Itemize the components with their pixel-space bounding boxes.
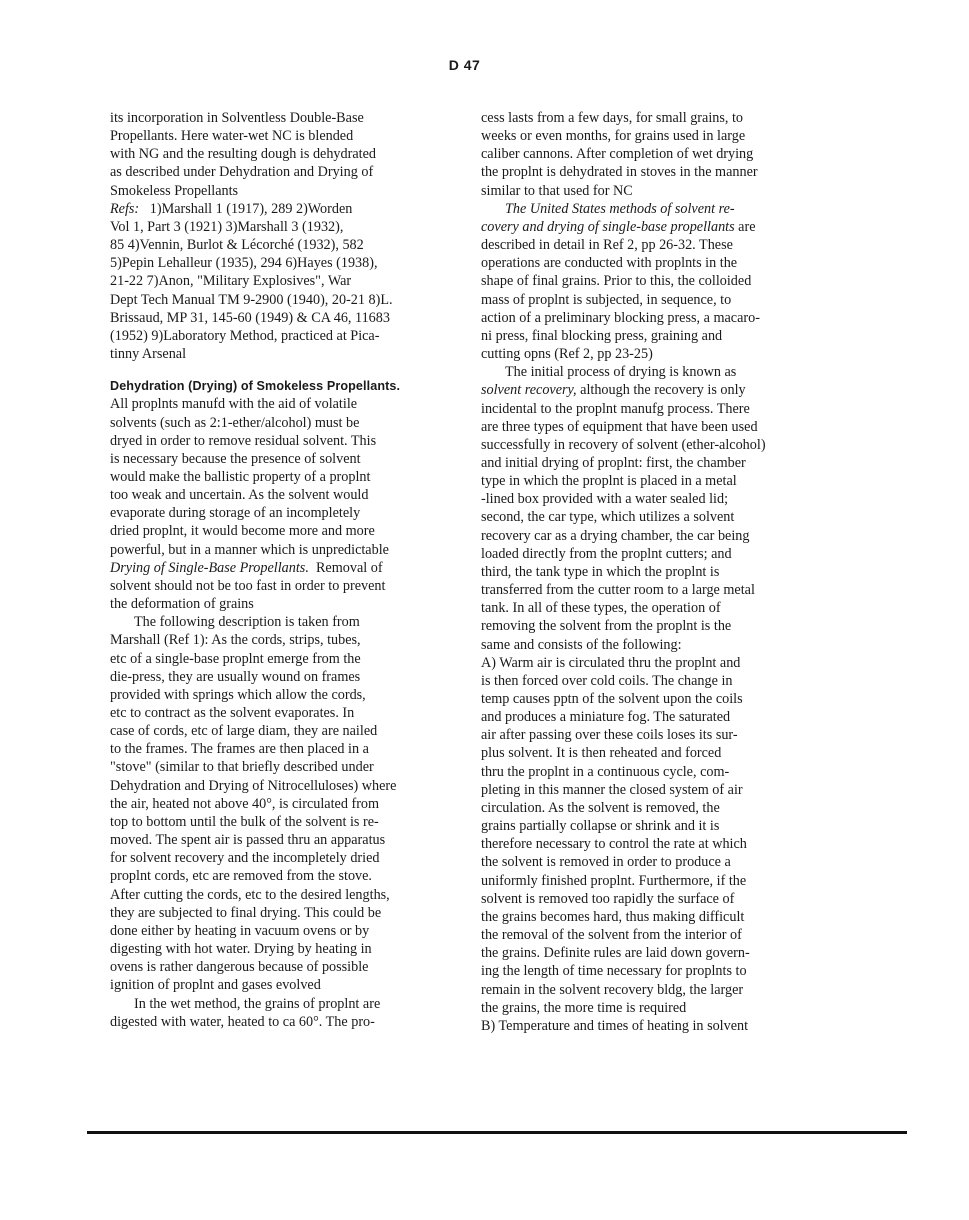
text-line: and initial drying of proplnt: first, th…: [481, 454, 826, 472]
reference-line: Dept Tech Manual TM 9-2900 (1940), 20-21…: [110, 291, 455, 309]
left-column: its incorporation in Solventless Double-…: [110, 109, 455, 1031]
dehydration-paragraph: All proplnts manufd with the aid of vola…: [110, 395, 455, 613]
text-fragment: although the recovery is only: [577, 382, 746, 398]
text-line: circulation. As the solvent is removed, …: [481, 799, 826, 817]
text-line: removing the solvent from the proplnt is…: [481, 617, 826, 635]
reference-line: 5)Pepin Lehalleur (1935), 294 6)Hayes (1…: [110, 254, 455, 272]
reference-line: tinny Arsenal: [110, 345, 455, 363]
text-line: similar to that used for NC: [481, 182, 826, 200]
reference-line: Refs: 1)Marshall 1 (1917), 289 2)Worden: [110, 200, 455, 218]
text-fragment: are: [735, 219, 756, 235]
text-line: described in detail in Ref 2, pp 26-32. …: [481, 236, 826, 254]
footer-rule: [87, 1131, 907, 1134]
text-line: proplnt cords, etc are removed from the …: [110, 867, 455, 885]
text-line: and produces a miniature fog. The satura…: [481, 708, 826, 726]
text-line: therefore necessary to control the rate …: [481, 835, 826, 853]
text-line: its incorporation in Solventless Double-…: [110, 109, 455, 127]
text-line: successfully in recovery of solvent (eth…: [481, 436, 826, 454]
text-line: the air, heated not above 40°, is circul…: [110, 795, 455, 813]
text-line: etc to contract as the solvent evaporate…: [110, 704, 455, 722]
reference-line: Brissaud, MP 31, 145-60 (1949) & CA 46, …: [110, 309, 455, 327]
step-a-paragraph: A) Warm air is circulated thru the propl…: [481, 654, 826, 1017]
text-line: "stove" (similar to that briefly describ…: [110, 758, 455, 776]
text-line: solvent recovery, although the recovery …: [481, 381, 826, 399]
reference-text: 1)Marshall 1 (1917), 289 2)Worden: [150, 201, 353, 217]
text-line: remain in the solvent recovery bldg, the…: [481, 981, 826, 999]
text-line: air after passing over these coils loses…: [481, 726, 826, 744]
text-line: the solvent is removed in order to produ…: [481, 853, 826, 871]
text-line: In the wet method, the grains of proplnt…: [110, 995, 455, 1013]
italic-term: solvent recovery,: [481, 382, 577, 398]
text-line: temp causes pptn of the solvent upon the…: [481, 690, 826, 708]
text-line: dried proplnt, it would become more and …: [110, 522, 455, 540]
text-line: action of a preliminary blocking press, …: [481, 309, 826, 327]
right-column: cess lasts from a few days, for small gr…: [481, 109, 826, 1035]
text-line: for solvent recovery and the incompletel…: [110, 849, 455, 867]
reference-line: (1952) 9)Laboratory Method, practiced at…: [110, 327, 455, 345]
text-line: The initial process of drying is known a…: [481, 363, 826, 381]
wet-method-continued: cess lasts from a few days, for small gr…: [481, 109, 826, 200]
text-line: the grains becomes hard, thus making dif…: [481, 908, 826, 926]
text-line: moved. The spent air is passed thru an a…: [110, 831, 455, 849]
text-line: are three types of equipment that have b…: [481, 418, 826, 436]
text-line: The United States methods of solvent re-: [481, 200, 826, 218]
text-line: cutting opns (Ref 2, pp 23-25): [481, 345, 826, 363]
text-line: All proplnts manufd with the aid of vola…: [110, 395, 455, 413]
text-line: ing the length of time necessary for pro…: [481, 962, 826, 980]
text-line: top to bottom until the bulk of the solv…: [110, 813, 455, 831]
reference-line: 21-22 7)Anon, "Military Explosives", War: [110, 272, 455, 290]
text-line: ovens is rather dangerous because of pos…: [110, 958, 455, 976]
text-line: case of cords, etc of large diam, they a…: [110, 722, 455, 740]
intro-paragraph: its incorporation in Solventless Double-…: [110, 109, 455, 200]
us-methods-paragraph: The United States methods of solvent re-…: [481, 200, 826, 363]
text-line: ni press, final blocking press, graining…: [481, 327, 826, 345]
text-line: grains partially collapse or shrink and …: [481, 817, 826, 835]
text-line: Propellants. Here water-wet NC is blende…: [110, 127, 455, 145]
text-line: pleting in this manner the closed system…: [481, 781, 826, 799]
text-line: second, the car type, which utilizes a s…: [481, 508, 826, 526]
text-line: third, the tank type in which the propln…: [481, 563, 826, 581]
text-line: the grains, the more time is required: [481, 999, 826, 1017]
italic-fragment: covery and drying of single-base propell…: [481, 219, 735, 235]
text-line: shape of final grains. Prior to this, th…: [481, 272, 826, 290]
text-line: Marshall (Ref 1): As the cords, strips, …: [110, 631, 455, 649]
text-line: Dehydration and Drying of Nitrocellulose…: [110, 777, 455, 795]
text-line: operations are conducted with proplnts i…: [481, 254, 826, 272]
text-line: solvent should not be too fast in order …: [110, 577, 455, 595]
text-line: dryed in order to remove residual solven…: [110, 432, 455, 450]
text-line: too weak and uncertain. As the solvent w…: [110, 486, 455, 504]
section-heading: Dehydration (Drying) of Smokeless Propel…: [110, 377, 455, 395]
text-line: cess lasts from a few days, for small gr…: [481, 109, 826, 127]
text-line: covery and drying of single-base propell…: [481, 218, 826, 236]
text-line: loaded directly from the proplnt cutters…: [481, 545, 826, 563]
text-line: the deformation of grains: [110, 595, 455, 613]
reference-line: 85 4)Vennin, Burlot & Lécorché (1932), 5…: [110, 236, 455, 254]
text-line: tank. In all of these types, the operati…: [481, 599, 826, 617]
text-line: -lined box provided with a water sealed …: [481, 490, 826, 508]
text-line: mass of proplnt is subjected, in sequenc…: [481, 291, 826, 309]
text-line: as described under Dehydration and Dryin…: [110, 163, 455, 181]
page-number-header: D 47: [0, 57, 929, 73]
text-line: powerful, but in a manner which is unpre…: [110, 541, 455, 559]
text-line: plus solvent. It is then reheated and fo…: [481, 744, 826, 762]
initial-process-paragraph: The initial process of drying is known a…: [481, 363, 826, 654]
text-line: solvent is removed too rapidly the surfa…: [481, 890, 826, 908]
text-line: Smokeless Propellants: [110, 182, 455, 200]
text-line: B) Temperature and times of heating in s…: [481, 1017, 826, 1035]
text-line: die-press, they are usually wound on fra…: [110, 668, 455, 686]
text-line: After cutting the cords, etc to the desi…: [110, 886, 455, 904]
section-spacer: [110, 363, 455, 377]
text-line: to the frames. The frames are then place…: [110, 740, 455, 758]
text-line: is then forced over cold coils. The chan…: [481, 672, 826, 690]
text-line: would make the ballistic property of a p…: [110, 468, 455, 486]
text-line: digesting with hot water. Drying by heat…: [110, 940, 455, 958]
marshall-paragraph: The following description is taken from …: [110, 613, 455, 994]
refs-label: Refs:: [110, 201, 139, 217]
text-line: type in which the proplnt is placed in a…: [481, 472, 826, 490]
text-line: evaporate during storage of an incomplet…: [110, 504, 455, 522]
reference-line: Vol 1, Part 3 (1921) 3)Marshall 3 (1932)…: [110, 218, 455, 236]
text-line: Drying of Single-Base Propellants. Remov…: [110, 559, 455, 577]
text-fragment: Removal of: [309, 560, 383, 576]
text-line: thru the proplnt in a continuous cycle, …: [481, 763, 826, 781]
text-line: is necessary because the presence of sol…: [110, 450, 455, 468]
subsection-title: Drying of Single-Base Propellants.: [110, 560, 309, 576]
text-line: uniformly finished proplnt. Furthermore,…: [481, 872, 826, 890]
text-line: the removal of the solvent from the inte…: [481, 926, 826, 944]
step-b-paragraph: B) Temperature and times of heating in s…: [481, 1017, 826, 1035]
text-line: done either by heating in vacuum ovens o…: [110, 922, 455, 940]
text-line: solvents (such as 2:1-ether/alcohol) mus…: [110, 414, 455, 432]
text-line: etc of a single-base proplnt emerge from…: [110, 650, 455, 668]
references-list: Refs: 1)Marshall 1 (1917), 289 2)Worden …: [110, 200, 455, 363]
text-line: with NG and the resulting dough is dehyd…: [110, 145, 455, 163]
text-line: transferred from the cutter room to a la…: [481, 581, 826, 599]
text-line: incidental to the proplnt manufg process…: [481, 400, 826, 418]
text-line: same and consists of the following:: [481, 636, 826, 654]
text-line: they are subjected to final drying. This…: [110, 904, 455, 922]
text-line: digested with water, heated to ca 60°. T…: [110, 1013, 455, 1031]
text-line: weeks or even months, for grains used in…: [481, 127, 826, 145]
text-line: recovery car as a drying chamber, the ca…: [481, 527, 826, 545]
text-line: the proplnt is dehydrated in stoves in t…: [481, 163, 826, 181]
text-line: provided with springs which allow the co…: [110, 686, 455, 704]
text-line: the grains. Definite rules are laid down…: [481, 944, 826, 962]
text-line: A) Warm air is circulated thru the propl…: [481, 654, 826, 672]
text-line: ignition of proplnt and gases evolved: [110, 976, 455, 994]
wet-method-paragraph: In the wet method, the grains of proplnt…: [110, 995, 455, 1031]
text-line: caliber cannons. After completion of wet…: [481, 145, 826, 163]
text-line: The following description is taken from: [110, 613, 455, 631]
